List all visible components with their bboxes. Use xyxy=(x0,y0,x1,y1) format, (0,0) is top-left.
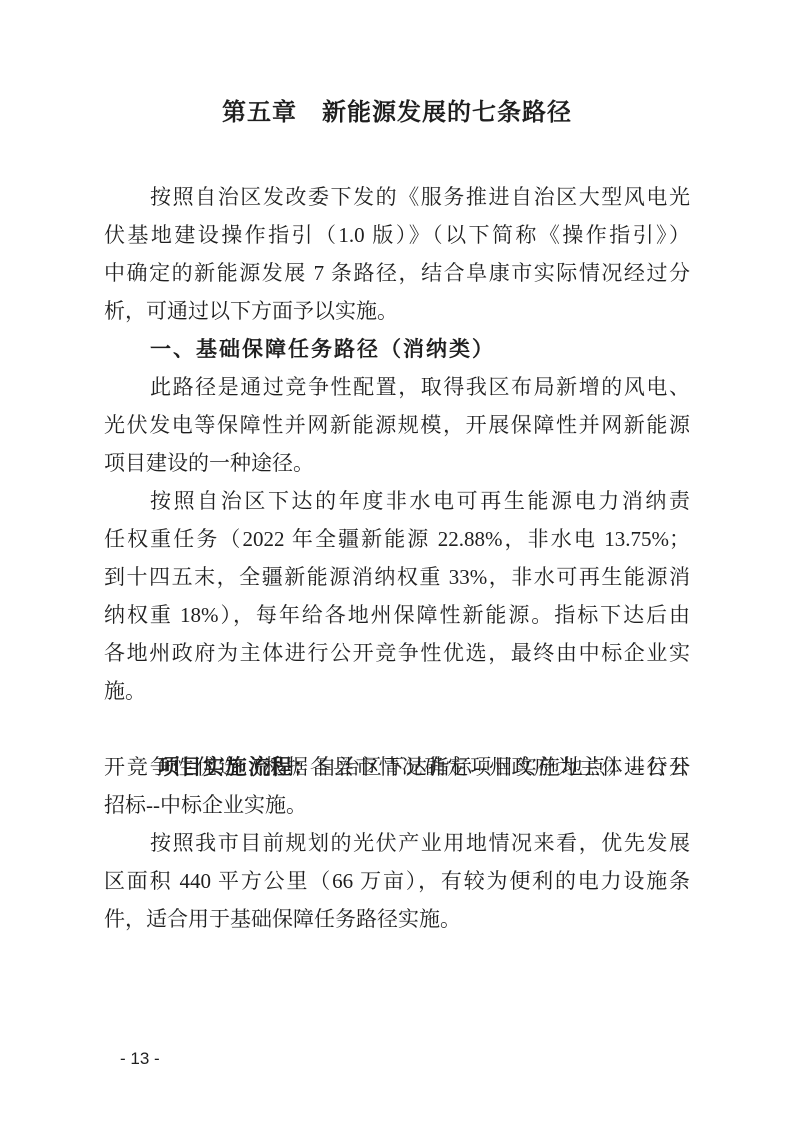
paragraph-line: 按照自治区下达的年度非水电可再生能源电力消纳责 xyxy=(104,482,690,520)
paragraph-line: 析，可通过以下方面予以实施。 xyxy=(104,292,690,330)
page-content: 第五章 新能源发展的七条路径 按照自治区发改委下发的《服务推进自治区大型风电光 … xyxy=(104,0,690,938)
page-number-label: - 13 - xyxy=(120,1049,160,1069)
body-text-block: 按照自治区发改委下发的《服务推进自治区大型风电光 伏基地建设操作指引（1.0 版… xyxy=(104,178,690,938)
paragraph-line: 项目实施流程：自治区下达指标--州政府为主体进行公 xyxy=(104,710,690,748)
section-heading: 一、基础保障任务路径（消纳类） xyxy=(104,330,690,368)
paragraph-line: 按照自治区发改委下发的《服务推进自治区大型风电光 xyxy=(104,178,690,216)
paragraph-line: 到十四五末，全疆新能源消纳权重 33%，非水可再生能源消 xyxy=(104,558,690,596)
document-page: 第五章 新能源发展的七条路径 按照自治区发改委下发的《服务推进自治区大型风电光 … xyxy=(0,0,800,1131)
paragraph-line: 件，适合用于基础保障任务路径实施。 xyxy=(104,900,690,938)
paragraph-line: 光伏发电等保障性并网新能源规模，开展保障性并网新能源 xyxy=(104,406,690,444)
paragraph-line: 项目建设的一种途径。 xyxy=(104,444,690,482)
paragraph-line: 区面积 440 平方公里（66 万亩），有较为便利的电力设施条 xyxy=(104,862,690,900)
chapter-title: 第五章 新能源发展的七条路径 xyxy=(104,95,690,131)
paragraph-line: 各地州政府为主体进行公开竞争性优选，最终由中标企业实 xyxy=(104,634,690,672)
paragraph-line: 任权重任务（2022 年全疆新能源 22.88%，非水电 13.75%； xyxy=(104,520,690,558)
paragraph-line: 按照我市目前规划的光伏产业用地情况来看，优先发展 xyxy=(104,824,690,862)
paragraph-line: 开竞争性优选（根据各县市情况确定项目实施地点）--公开 xyxy=(104,748,690,786)
paragraph-line: 施。 xyxy=(104,672,690,710)
paragraph-line: 此路径是通过竞争性配置，取得我区布局新增的风电、 xyxy=(104,368,690,406)
paragraph-line: 中确定的新能源发展 7 条路径，结合阜康市实际情况经过分 xyxy=(104,254,690,292)
paragraph-line: 伏基地建设操作指引（1.0 版）》（以下简称《操作指引》） xyxy=(104,216,690,254)
paragraph-line: 招标--中标企业实施。 xyxy=(104,786,690,824)
paragraph-line: 纳权重 18%），每年给各地州保障性新能源。指标下达后由 xyxy=(104,596,690,634)
